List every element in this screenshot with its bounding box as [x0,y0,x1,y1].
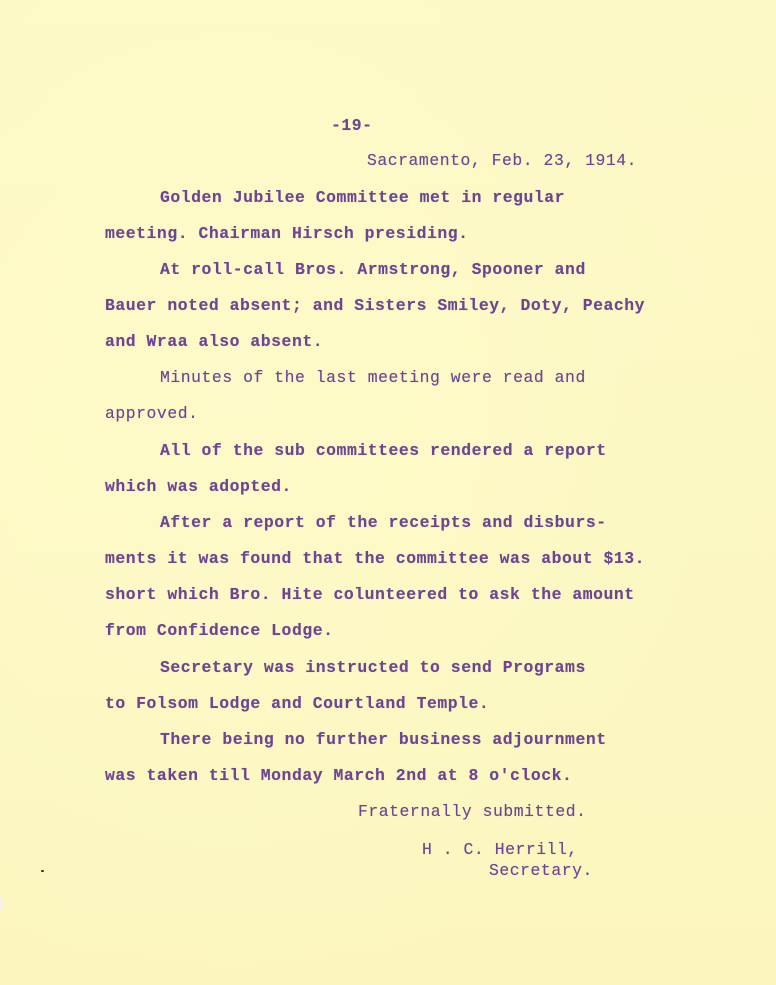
signature-title: Secretary. [489,861,593,881]
body-line: to Folsom Lodge and Courtland Temple. [105,694,489,714]
body-line: Golden Jubilee Committee met in regular [160,188,565,208]
body-line: All of the sub committees rendered a rep… [160,441,607,461]
signature-name: H . C. Herrill, [422,840,578,860]
body-line: After a report of the receipts and disbu… [160,513,607,533]
ink-speck [41,870,44,872]
paper-hole [0,896,4,910]
body-line: which was adopted. [105,477,292,497]
body-line: was taken till Monday March 2nd at 8 o'c… [105,766,572,786]
body-line: Bauer noted absent; and Sisters Smiley, … [105,296,645,316]
body-line: approved. [105,404,198,424]
body-line: There being no further business adjournm… [160,730,607,750]
closing: Fraternally submitted. [358,802,587,822]
body-line: At roll-call Bros. Armstrong, Spooner an… [160,260,586,280]
page-number: -19- [331,116,373,136]
body-line: and Wraa also absent. [105,332,323,352]
body-line: short which Bro. Hite colunteered to ask… [105,585,635,605]
body-line: meeting. Chairman Hirsch presiding. [105,224,469,244]
dateline: Sacramento, Feb. 23, 1914. [367,151,637,171]
body-line: from Confidence Lodge. [105,621,334,641]
document-page: -19- Sacramento, Feb. 23, 1914. Golden J… [0,0,776,985]
body-line: ments it was found that the committee wa… [105,549,645,569]
body-line: Minutes of the last meeting were read an… [160,368,586,388]
body-line: Secretary was instructed to send Program… [160,658,586,678]
